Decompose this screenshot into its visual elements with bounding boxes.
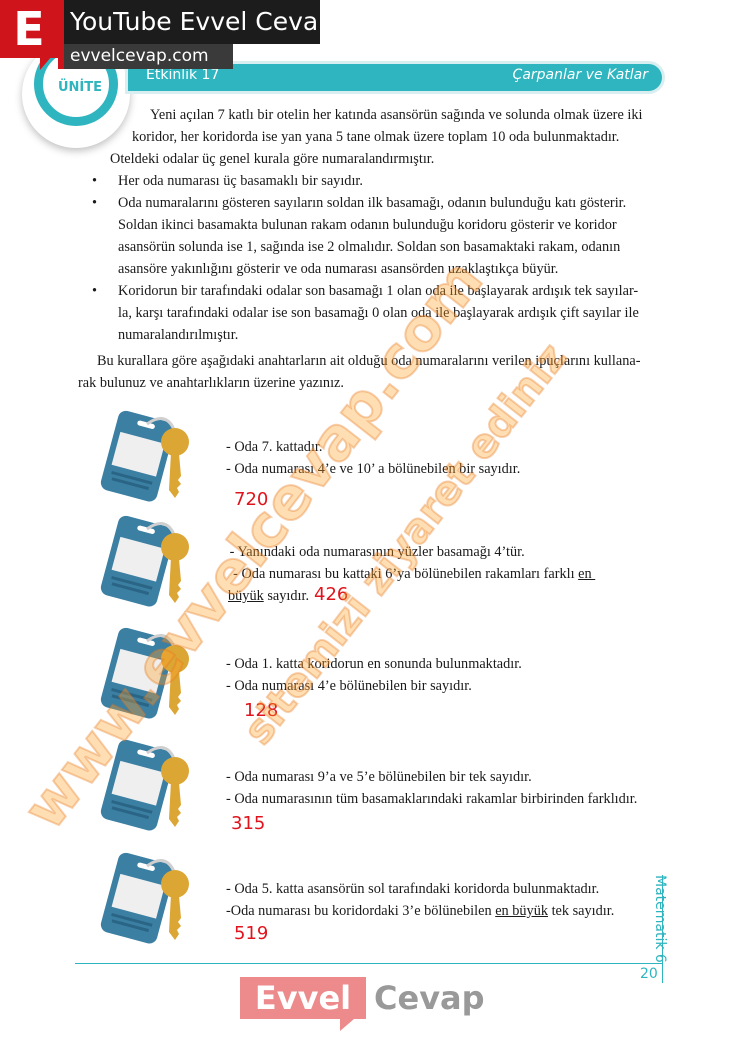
footer-logo-tail	[340, 1019, 354, 1031]
brand-logo-tail	[40, 56, 52, 70]
key-4-clue-2: - Oda numarasının tüm basamaklarındaki r…	[226, 788, 637, 810]
key-2-clue-2: - Oda numarası bu kattaki 6’ya bölünebil…	[226, 563, 595, 585]
key-1-clue-1: - Oda 7. kattadır.	[226, 436, 322, 458]
rule-2-line-1: Oda numaralarını gösteren sayıların sold…	[118, 192, 626, 214]
footer-logo-cevap: Cevap	[374, 977, 485, 1019]
topic-title: Çarpanlar ve Katlar	[513, 67, 648, 83]
key-4-answer: 315	[231, 813, 265, 834]
key-icon	[95, 513, 195, 613]
rule-1: Her oda numarası üç basamaklı bir sayıdı…	[118, 170, 363, 192]
key-2-clue-2-cont: büyük sayıdır.	[228, 585, 309, 607]
key-3-clue-2: - Oda numarası 4’e bölünebilen bir sayıd…	[226, 675, 472, 697]
instruction-line-2: rak bulunuz ve anahtarlıkların üzerine y…	[78, 372, 344, 394]
brand-logo-icon: E	[0, 0, 58, 58]
brand-url[interactable]: evvelcevap.com	[58, 44, 233, 69]
rule-3-line-2: la, karşı tarafındaki odalar ise son bas…	[118, 302, 639, 324]
subject-label: Matematik 6	[652, 875, 668, 963]
footer-logo-evvel: Evvel	[240, 977, 366, 1019]
key-icon	[95, 737, 195, 837]
intro-line-1: Yeni açılan 7 katlı bir otelin her katın…	[150, 104, 642, 126]
key-5-clue-1: - Oda 5. katta asansörün sol tarafındaki…	[226, 878, 599, 900]
rule-2-line-4: asansöre yakınlığını gösterir ve oda num…	[118, 258, 558, 280]
rule-2-line-3: asansörün solunda ise 1, sağında ise 2 o…	[118, 236, 620, 258]
rule-3-line-1: Koridorun bir tarafındaki odalar son bas…	[118, 280, 638, 302]
key-icon	[95, 408, 195, 508]
rule-2-line-2: Soldan ikinci basamakta bulunan rakam od…	[118, 214, 617, 236]
key-icon	[95, 625, 195, 725]
rule-3-line-3: numaralandırılmıştır.	[118, 324, 238, 346]
unit-label: ÜNİTE	[50, 80, 110, 95]
key-5-answer: 519	[234, 923, 268, 944]
key-3-answer: 128	[244, 700, 278, 721]
instruction-line-1: Bu kurallara göre aşağıdaki anahtarların…	[97, 350, 640, 372]
key-3-clue-1: - Oda 1. katta koridorun en sonunda bulu…	[226, 653, 522, 675]
activity-title: Etkinlik 17	[146, 67, 219, 83]
key-1-clue-2: - Oda numarası 4’e ve 10’ a bölünebilen …	[226, 458, 520, 480]
intro-line-3: Oteldeki odalar üç genel kurala göre num…	[110, 148, 434, 170]
key-2-answer: 426	[314, 584, 348, 605]
key-5-clue-2: -Oda numarası bu koridordaki 3’e bölüneb…	[226, 900, 614, 922]
footer-divider	[75, 963, 663, 964]
key-4-clue-1: - Oda numarası 9’a ve 5’e bölünebilen bi…	[226, 766, 532, 788]
key-icon	[95, 850, 195, 950]
brand-title: YouTube Evvel Cevap	[58, 0, 320, 44]
page-number: 20	[640, 966, 658, 982]
key-1-answer: 720	[234, 489, 268, 510]
intro-line-2: koridor, her koridorda ise yan yana 5 ta…	[132, 126, 619, 148]
key-2-clue-1: - Yanındaki oda numarasının yüzler basam…	[226, 541, 525, 563]
